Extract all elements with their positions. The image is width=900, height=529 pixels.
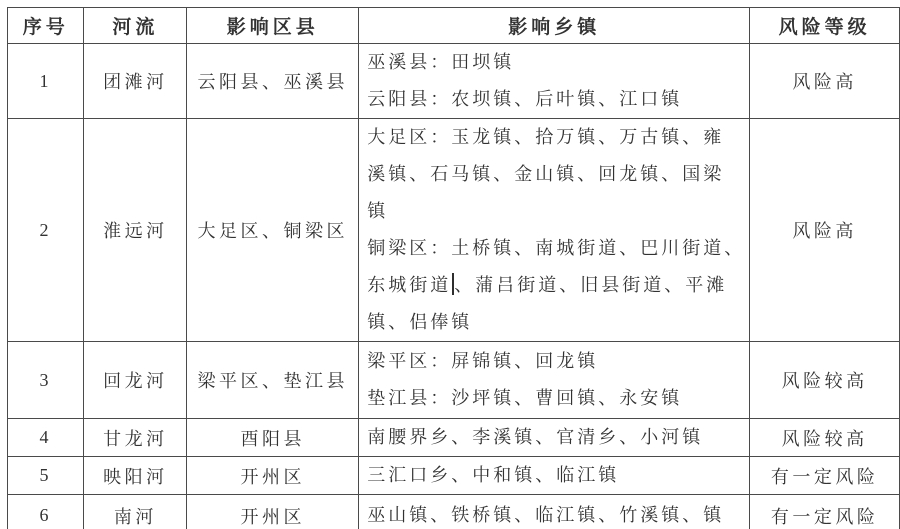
township-line: 三汇口乡、中和镇、临江镇 <box>367 457 745 494</box>
cell-river: 回龙河 <box>84 342 187 419</box>
header-townships: 影响乡镇 <box>359 8 750 44</box>
cell-river: 映阳河 <box>84 457 187 495</box>
table-row: 3 回龙河 梁平区、垫江县 梁平区：屏锦镇、回龙镇 垫江县：沙坪镇、曹回镇、永安… <box>8 342 900 419</box>
cell-counties: 梁平区、垫江县 <box>187 342 359 419</box>
cell-townships: 三汇口乡、中和镇、临江镇 <box>359 457 750 495</box>
township-line-text: 、蒲吕街道、旧县街道、平滩 <box>454 275 727 295</box>
township-line: 巫溪县：田坝镇 <box>367 44 745 81</box>
table-row: 4 甘龙河 酉阳县 南腰界乡、李溪镇、官清乡、小河镇 风险较高 <box>8 419 900 457</box>
cell-counties: 云阳县、巫溪县 <box>187 44 359 119</box>
cell-townships: 巫山镇、铁桥镇、临江镇、竹溪镇、镇 <box>359 495 750 529</box>
township-line: 东城街道、蒲吕街道、旧县街道、平滩 <box>367 267 745 304</box>
header-risk: 风险等级 <box>750 8 900 44</box>
township-line: 巫山镇、铁桥镇、临江镇、竹溪镇、镇 <box>367 497 745 529</box>
township-line: 镇 <box>367 193 745 230</box>
table-row: 5 映阳河 开州区 三汇口乡、中和镇、临江镇 有一定风险 <box>8 457 900 495</box>
cell-no: 3 <box>8 342 84 419</box>
cell-no: 1 <box>8 44 84 119</box>
cell-risk: 风险较高 <box>750 342 900 419</box>
risk-table: 序号 河流 影响区县 影响乡镇 风险等级 1 团滩河 云阳县、巫溪县 巫溪县：田… <box>7 7 900 529</box>
cell-no: 6 <box>8 495 84 529</box>
cell-townships: 梁平区：屏锦镇、回龙镇 垫江县：沙坪镇、曹回镇、永安镇 <box>359 342 750 419</box>
table-row: 1 团滩河 云阳县、巫溪县 巫溪县：田坝镇 云阳县：农坝镇、后叶镇、江口镇 风险… <box>8 44 900 119</box>
cell-townships: 南腰界乡、李溪镇、官清乡、小河镇 <box>359 419 750 457</box>
township-line: 镇、侣俸镇 <box>367 304 745 341</box>
township-line: 铜梁区：土桥镇、南城街道、巴川街道、 <box>367 230 745 267</box>
cell-risk: 风险高 <box>750 44 900 119</box>
cell-risk: 风险高 <box>750 119 900 342</box>
cell-no: 2 <box>8 119 84 342</box>
cell-river: 团滩河 <box>84 44 187 119</box>
cell-river: 淮远河 <box>84 119 187 342</box>
township-line: 梁平区：屏锦镇、回龙镇 <box>367 343 745 380</box>
cell-counties: 开州区 <box>187 495 359 529</box>
township-line: 云阳县：农坝镇、后叶镇、江口镇 <box>367 81 745 118</box>
cell-river: 南河 <box>84 495 187 529</box>
township-line: 垫江县：沙坪镇、曹回镇、永安镇 <box>367 380 745 417</box>
header-river: 河流 <box>84 8 187 44</box>
cell-townships: 巫溪县：田坝镇 云阳县：农坝镇、后叶镇、江口镇 <box>359 44 750 119</box>
cell-no: 5 <box>8 457 84 495</box>
township-line: 溪镇、石马镇、金山镇、回龙镇、国梁 <box>367 156 745 193</box>
cell-no: 4 <box>8 419 84 457</box>
cell-risk: 有一定风险 <box>750 495 900 529</box>
township-line-text: 东城街道 <box>367 275 451 295</box>
cell-risk: 有一定风险 <box>750 457 900 495</box>
cell-river: 甘龙河 <box>84 419 187 457</box>
header-no: 序号 <box>8 8 84 44</box>
cell-counties: 开州区 <box>187 457 359 495</box>
table-row: 2 淮远河 大足区、铜梁区 大足区：玉龙镇、拾万镇、万古镇、雍 溪镇、石马镇、金… <box>8 119 900 342</box>
township-line: 大足区：玉龙镇、拾万镇、万古镇、雍 <box>367 119 745 156</box>
township-line: 南腰界乡、李溪镇、官清乡、小河镇 <box>367 419 745 456</box>
table-row: 6 南河 开州区 巫山镇、铁桥镇、临江镇、竹溪镇、镇 有一定风险 <box>8 495 900 529</box>
cell-townships: 大足区：玉龙镇、拾万镇、万古镇、雍 溪镇、石马镇、金山镇、回龙镇、国梁 镇 铜梁… <box>359 119 750 342</box>
header-row: 序号 河流 影响区县 影响乡镇 风险等级 <box>8 8 900 44</box>
header-counties: 影响区县 <box>187 8 359 44</box>
cell-risk: 风险较高 <box>750 419 900 457</box>
cell-counties: 大足区、铜梁区 <box>187 119 359 342</box>
cell-counties: 酉阳县 <box>187 419 359 457</box>
